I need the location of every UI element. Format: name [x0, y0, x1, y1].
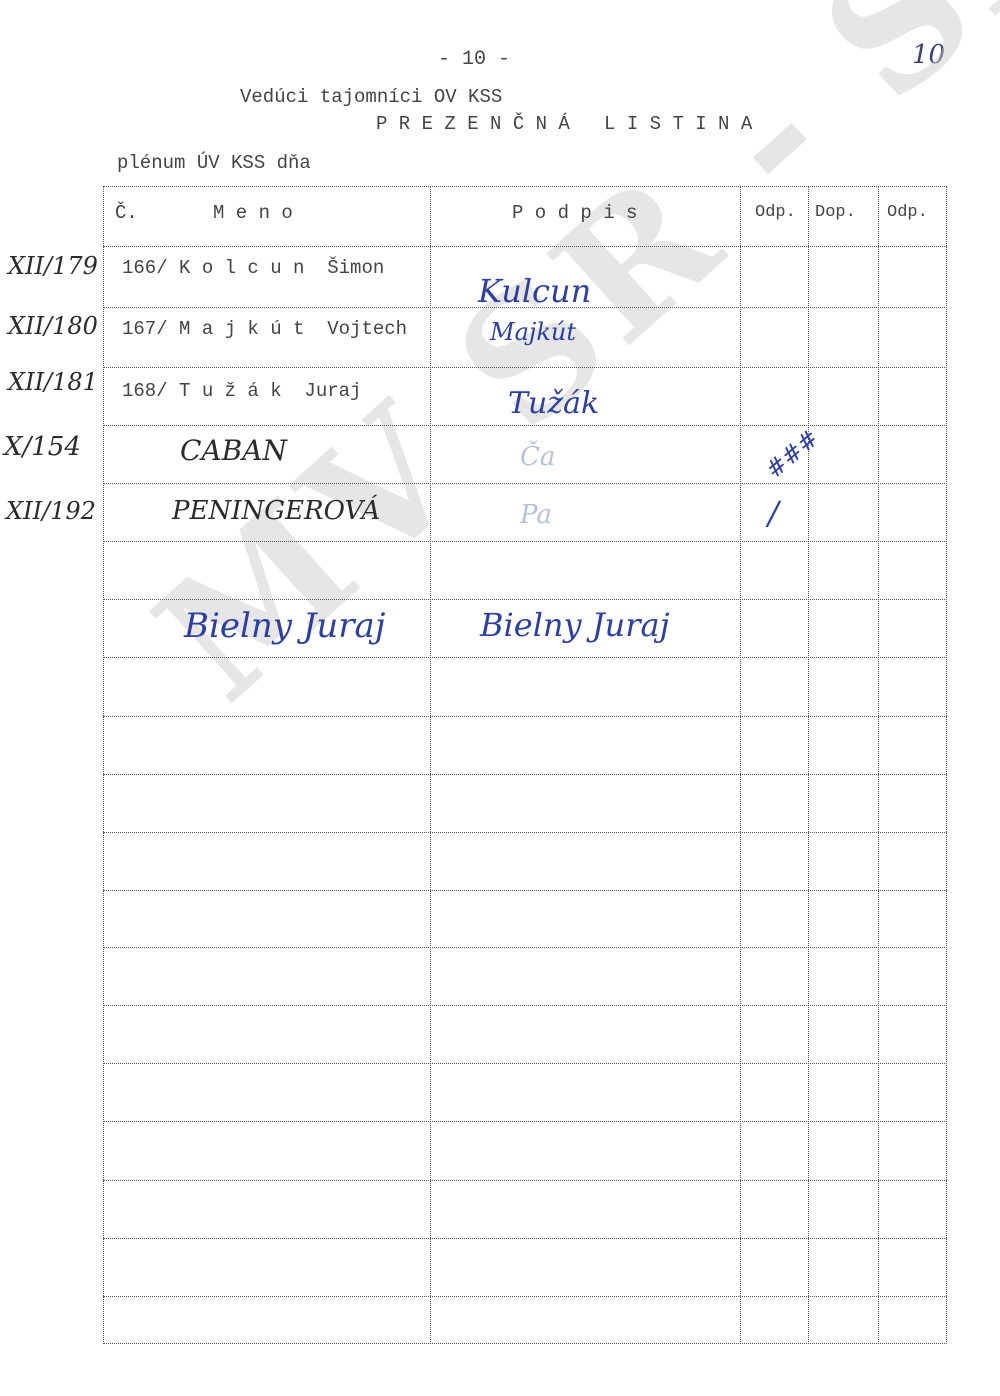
signature: Ča — [520, 442, 555, 472]
header-name: M e n o — [213, 202, 293, 224]
header-dop: Dop. — [815, 203, 856, 222]
row-line — [103, 1063, 947, 1064]
row-line — [103, 367, 947, 368]
margin-note: XII/192 — [6, 497, 96, 525]
row-line — [103, 890, 947, 891]
table-border-right — [946, 186, 947, 1344]
row-line — [103, 483, 947, 484]
row-line — [103, 716, 947, 717]
plenum-line: plénum ÚV KSS dňa — [117, 152, 311, 174]
table-border-left — [103, 186, 104, 1344]
header-odp: Odp. — [755, 203, 796, 222]
signature: Majkút — [490, 318, 576, 346]
column-divider-dop — [878, 186, 879, 1344]
attendee-name: Bielny Juraj — [184, 606, 385, 646]
row-line — [103, 657, 947, 658]
column-divider-odp — [808, 186, 809, 1344]
row-line — [103, 832, 947, 833]
header-number: Č. — [115, 202, 138, 224]
margin-note: XII/179 — [8, 252, 98, 280]
row-line — [103, 1343, 947, 1344]
signature: Bielny Juraj — [480, 606, 670, 644]
row-line — [103, 1005, 947, 1006]
row-line — [103, 1296, 947, 1297]
header-odp-2: Odp. — [887, 203, 928, 222]
odp-mark: ### — [760, 424, 824, 484]
page-number: - 10 - — [438, 48, 510, 71]
row-line — [103, 186, 947, 187]
row-line — [103, 425, 947, 426]
row-line — [103, 774, 947, 775]
document-title: P R E Z E N Č N Á L I S T I N A — [376, 113, 752, 135]
column-divider-name — [430, 186, 431, 1344]
row-line — [103, 246, 947, 247]
document-subtitle: Vedúci tajomníci OV KSS — [240, 86, 502, 108]
attendee-name: 166/ K o l c u n Šimon — [122, 257, 384, 279]
header-signature: P o d p i s — [512, 202, 637, 224]
signature: Pa — [520, 500, 552, 530]
signature: Kulcun — [478, 272, 591, 310]
row-line — [103, 541, 947, 542]
column-divider-signature — [740, 186, 741, 1344]
attendee-name: 167/ M a j k ú t Vojtech — [122, 318, 407, 340]
row-line — [103, 599, 947, 600]
row-line — [103, 1238, 947, 1239]
margin-note: XII/180 — [8, 312, 98, 340]
folio-number: 10 — [912, 40, 945, 70]
attendee-name: PENINGEROVÁ — [172, 496, 380, 526]
row-line — [103, 1121, 947, 1122]
odp-mark: / — [768, 494, 779, 532]
row-line — [103, 1180, 947, 1181]
row-line — [103, 947, 947, 948]
margin-note: X/154 — [4, 432, 81, 462]
margin-note: XII/181 — [8, 368, 98, 396]
attendee-name: CABAN — [180, 434, 287, 467]
signature: Tužák — [508, 386, 599, 421]
attendee-name: 168/ T u ž á k Juraj — [122, 380, 361, 402]
